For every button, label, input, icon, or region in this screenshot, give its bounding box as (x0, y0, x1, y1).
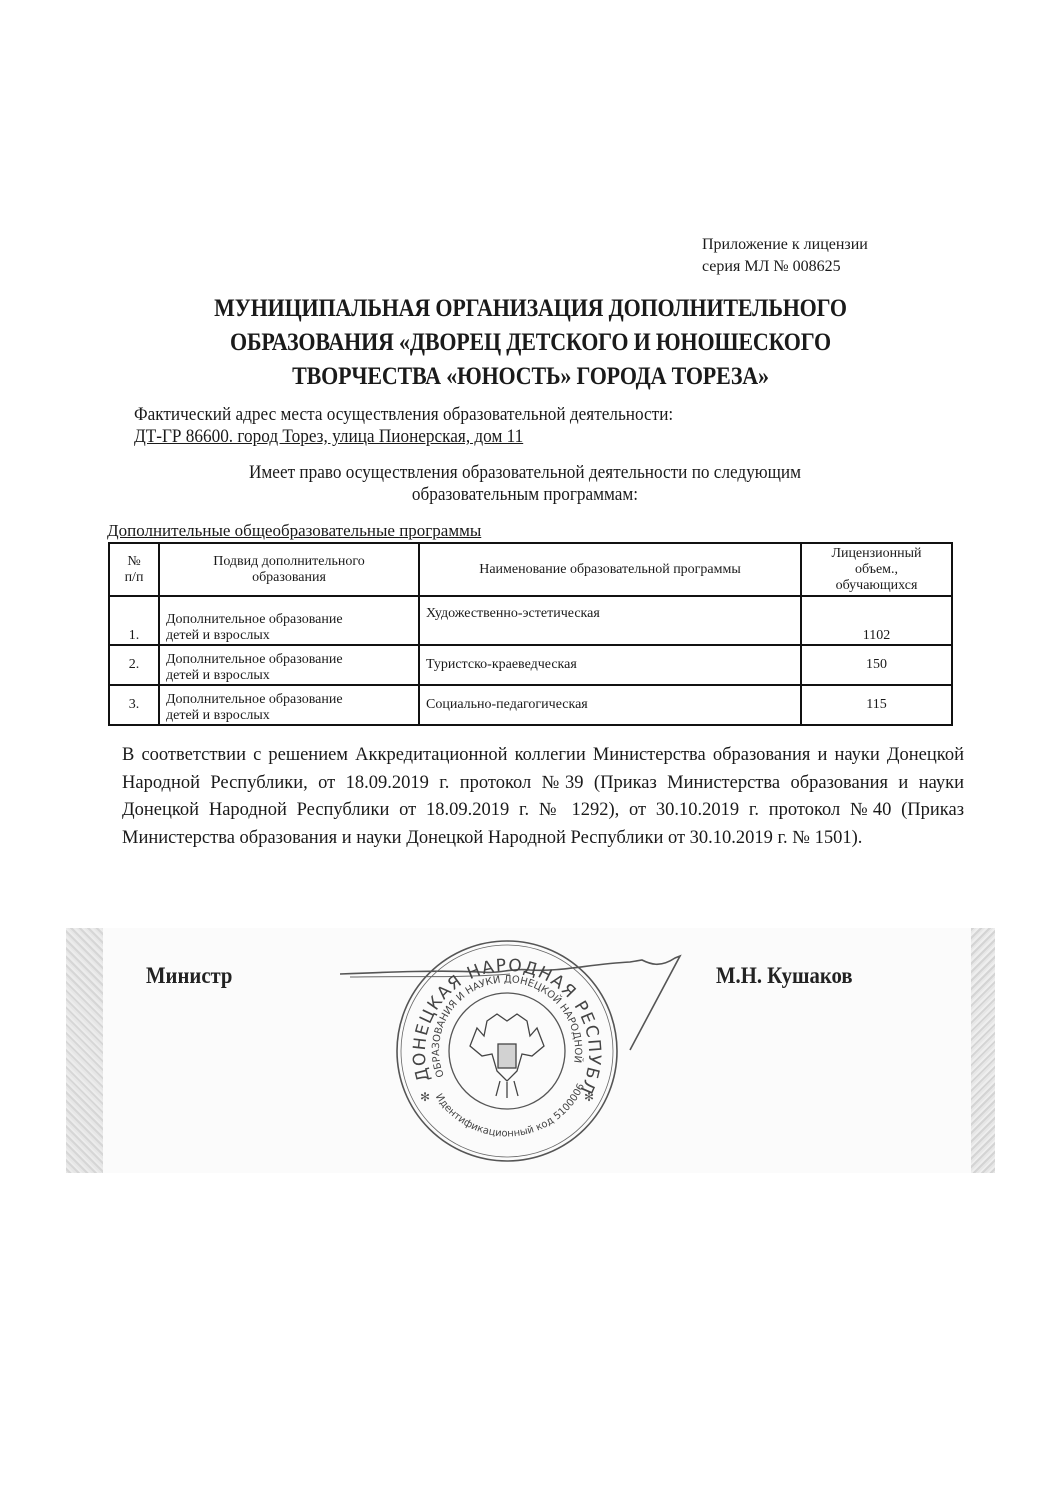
address-label: Фактический адрес места осуществления об… (134, 404, 673, 426)
row-number: 1. (109, 596, 159, 645)
title-line-1: МУНИЦИПАЛЬНАЯ ОРГАНИЗАЦИЯ ДОПОЛНИТЕЛЬНОГ… (152, 292, 910, 326)
header-program-name: Наименование образовательной программы (419, 543, 801, 596)
scan-edge-right (971, 928, 995, 1173)
license-annex-note: Приложение к лицензии серия МЛ № 008625 (702, 234, 868, 278)
row-license-volume: 150 (801, 645, 952, 685)
row-program-name: Художественно-эстетическая (419, 596, 801, 645)
annex-line-1: Приложение к лицензии (702, 234, 868, 256)
signatory-name: М.Н. Кушаков (716, 963, 853, 989)
svg-text:✻: ✻ (584, 1090, 594, 1104)
title-line-3: ТВОРЧЕСТВА «ЮНОСТЬ» ГОРОДА ТОРЕЗА» (152, 360, 910, 394)
table-row: 3. Дополнительное образование детей и вз… (109, 685, 952, 725)
rights-line-2: образовательным программам: (148, 484, 901, 506)
accreditation-paragraph: В соответствии с решением Аккредитационн… (122, 742, 964, 852)
title-line-2: ОБРАЗОВАНИЯ «ДВОРЕЦ ДЕТСКОГО И ЮНОШЕСКОГ… (152, 326, 910, 360)
row-number: 2. (109, 645, 159, 685)
row-education-subtype: Дополнительное образование детей и взрос… (159, 685, 419, 725)
row-license-volume: 115 (801, 685, 952, 725)
table-row: 1. Дополнительное образование детей и вз… (109, 596, 952, 645)
svg-text:✻: ✻ (420, 1090, 430, 1104)
row-education-subtype: Дополнительное образование детей и взрос… (159, 645, 419, 685)
table-row: 2. Дополнительное образование детей и вз… (109, 645, 952, 685)
address-block: Фактический адрес места осуществления об… (134, 404, 673, 448)
row-number: 3. (109, 685, 159, 725)
table-caption: Дополнительные общеобразовательные прогр… (107, 521, 481, 541)
annex-series-number: серия МЛ № 008625 (702, 256, 868, 278)
header-number: № п/п (109, 543, 159, 596)
rights-statement: Имеет право осуществления образовательно… (148, 462, 901, 506)
address-value: ДТ-ГР 86600. город Торез, улица Пионерск… (134, 426, 673, 448)
row-license-volume: 1102 (801, 596, 952, 645)
signatory-position: Министр (146, 963, 232, 989)
organization-title: МУНИЦИПАЛЬНАЯ ОРГАНИЗАЦИЯ ДОПОЛНИТЕЛЬНОГ… (152, 292, 910, 394)
programs-table: № п/п Подвид дополнительного образования… (108, 542, 953, 726)
rights-line-1: Имеет право осуществления образовательно… (148, 462, 901, 484)
double-headed-eagle-icon (470, 1014, 544, 1098)
header-education-subtype: Подвид дополнительного образования (159, 543, 419, 596)
scan-edge-left (66, 928, 103, 1173)
row-program-name: Социально-педагогическая (419, 685, 801, 725)
row-program-name: Туристско-краеведческая (419, 645, 801, 685)
header-license-volume: Лицензионный объем., обучающихся (801, 543, 952, 596)
accreditation-text: В соответствии с решением Аккредитационн… (122, 742, 964, 852)
official-stamp-icon: ДОНЕЦКАЯ НАРОДНАЯ РЕСПУБЛИКА ОБРАЗОВАНИЯ… (392, 936, 622, 1166)
table-header-row: № п/п Подвид дополнительного образования… (109, 543, 952, 596)
row-education-subtype: Дополнительное образование детей и взрос… (159, 596, 419, 645)
